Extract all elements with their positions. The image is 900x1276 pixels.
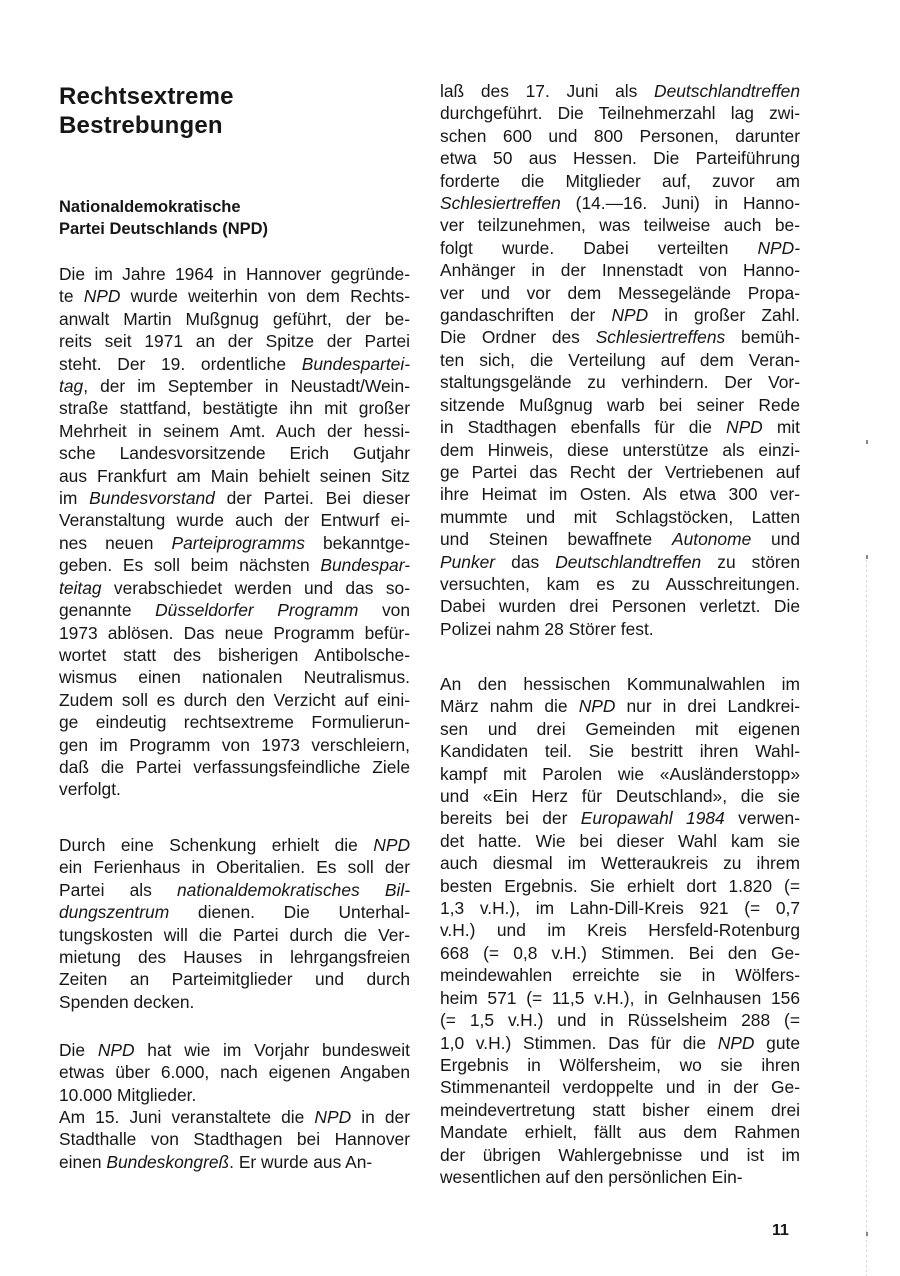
text-line: der übrigen Wahlergebnisse und ist im: [440, 1144, 800, 1166]
text-line: und Steinen bewaffnete Autonome und: [440, 528, 800, 550]
text-line: bereits bei der Europawahl 1984 verwen-: [440, 807, 800, 829]
emphasis: Deutschlandtreffen: [654, 81, 800, 101]
text-line: 668 (= 0,8 v.H.) Stimmen. Bei den Ge-: [440, 942, 800, 964]
paragraph-holiday-house: Durch eine Schenkung erhielt die NPDein …: [59, 834, 410, 1013]
emphasis: Bundespar-: [320, 555, 410, 575]
text-line: aus Frankfurt am Main behielt seinen Sit…: [59, 465, 410, 487]
text-line: Am 15. Juni veranstaltete die NPD in der: [59, 1106, 410, 1128]
text-line: nes neuen Parteiprogramms bekanntge-: [59, 532, 410, 554]
emphasis: NPD: [718, 1033, 755, 1053]
text-line: dem Hinweis, diese unterstütze als einzi…: [440, 439, 800, 461]
text-line: in Stadthagen ebenfalls für die NPD mit: [440, 416, 800, 438]
text-line: Veranstaltung wurde auch der Entwurf ei-: [59, 509, 410, 531]
emphasis: Bundespartei-: [302, 354, 410, 374]
text-line: besten Ergebnis. Sie erhielt dort 1.820 …: [440, 875, 800, 897]
text-line: staltungsgelände zu verhindern. Der Vor-: [440, 371, 800, 393]
text-line: teitag verabschiedet werden und das so-: [59, 577, 410, 599]
emphasis: NPD: [314, 1107, 351, 1127]
page-number: 11: [772, 1222, 789, 1240]
document-page: Rechtsextreme Bestrebungen Nationaldemok…: [0, 0, 900, 1276]
paragraph-federal-congress: Am 15. Juni veranstaltete die NPD in der…: [59, 1106, 410, 1173]
text-line: Partei als nationaldemokratisches Bil-: [59, 879, 410, 901]
text-line: im Bundesvorstand der Partei. Bei dieser: [59, 487, 410, 509]
emphasis: NPD: [84, 286, 121, 306]
text-line: mummte und mit Schlagstöcken, Latten: [440, 506, 800, 528]
text-line: ge eindeutig rechtsextreme Formulierun-: [59, 711, 410, 733]
emphasis: Bundesvorstand: [89, 488, 215, 508]
text-line: verfolgt.: [59, 778, 410, 800]
emphasis: Parteiprogramms: [172, 533, 305, 553]
emphasis: NPD-: [757, 238, 800, 258]
text-line: wismus einen nationalen Neutralismus.: [59, 666, 410, 688]
text-line: Anhänger in der Innenstadt von Hanno-: [440, 259, 800, 281]
text-line: meindewahlen erreichte sie in Wölfers-: [440, 964, 800, 986]
text-line: sitzende Mußgnug warb bei seiner Rede: [440, 394, 800, 416]
paragraph-membership: Die NPD hat wie im Vorjahr bundesweitetw…: [59, 1039, 410, 1106]
emphasis: tag: [59, 376, 83, 396]
emphasis: Autonome: [672, 529, 751, 549]
text-line: Durch eine Schenkung erhielt die NPD: [59, 834, 410, 856]
text-line: schen 600 und 800 Personen, darunter: [440, 125, 800, 147]
paragraph-party-leadership: Die im Jahre 1964 in Hannover gegründe-t…: [59, 263, 410, 801]
text-line: det hatte. Wie bei dieser Wahl kam sie: [440, 830, 800, 852]
text-line: mietung des Hauses in lehrgangsfreien: [59, 946, 410, 968]
subtitle-line: Partei Deutschlands (NPD): [59, 218, 268, 240]
text-line: folgt wurde. Dabei verteilten NPD-: [440, 237, 800, 259]
text-line: sche Landesvorsitzende Erich Gutjahr: [59, 442, 410, 464]
text-line: Spenden decken.: [59, 991, 410, 1013]
text-line: meindevertretung statt bisher einem drei: [440, 1099, 800, 1121]
paragraph-deutschlandtreffen: laß des 17. Juni als Deutschlandtreffend…: [440, 80, 800, 640]
text-line: Zudem soll es durch den Verzicht auf ein…: [59, 689, 410, 711]
text-line: Punker das Deutschlandtreffen zu stören: [440, 551, 800, 573]
text-line: Stadthalle von Stadthagen bei Hannover: [59, 1128, 410, 1150]
text-line: wortet statt des bisherigen Antibolsche-: [59, 644, 410, 666]
text-line: genannte Düsseldorfer Programm von: [59, 599, 410, 621]
subtitle-line: Nationaldemokratische: [59, 196, 268, 218]
text-line: ihre Heimat im Osten. Als etwa 300 ver-: [440, 483, 800, 505]
emphasis: Schlesiertreffen: [440, 193, 561, 213]
text-line: Schlesiertreffen (14.—16. Juni) in Hanno…: [440, 192, 800, 214]
text-line: heim 571 (= 11,5 v.H.), in Gelnhausen 15…: [440, 987, 800, 1009]
text-line: etwa 50 aus Hessen. Die Parteiführung: [440, 147, 800, 169]
text-line: ge Partei das Recht der Vertriebenen auf: [440, 461, 800, 483]
text-line: und «Ein Herz für Deutschland», die sie: [440, 785, 800, 807]
emphasis: NPD: [726, 417, 763, 437]
text-line: forderte die Mitglieder auf, zuvor am: [440, 170, 800, 192]
text-line: straße stattfand, bestätigte ihn mit gro…: [59, 397, 410, 419]
text-line: versuchten, kam es zu Ausschreitungen.: [440, 573, 800, 595]
text-line: (= 1,5 v.H.) und in Rüsselsheim 288 (=: [440, 1009, 800, 1031]
text-line: daß die Partei verfassungsfeindliche Zie…: [59, 756, 410, 778]
text-line: ver teilzunehmen, was teilweise auch be-: [440, 214, 800, 236]
text-line: einen Bundeskongreß. Er wurde aus An-: [59, 1151, 410, 1173]
text-line: ver und vor dem Messegelände Propa-: [440, 282, 800, 304]
text-line: wesentlichen auf den persönlichen Ein-: [440, 1166, 800, 1188]
text-line: laß des 17. Juni als Deutschlandtreffen: [440, 80, 800, 102]
emphasis: Schlesiertreffens: [596, 327, 726, 347]
section-subtitle: Nationaldemokratische Partei Deutschland…: [59, 196, 268, 240]
text-line: Mehrheit in seinem Amt. Auch der hessi-: [59, 420, 410, 442]
emphasis: nationaldemokratisches Bil-: [177, 880, 410, 900]
text-line: etwas über 6.000, nach eigenen Angaben: [59, 1061, 410, 1083]
title-line: Rechtsextreme: [59, 82, 234, 111]
text-line: Stimmenanteil verdoppelte und in der Ge-: [440, 1076, 800, 1098]
text-line: 1,0 v.H.) Stimmen. Das für die NPD gute: [440, 1032, 800, 1054]
text-line: 1973 ablösen. Das neue Programm befür-: [59, 622, 410, 644]
text-line: März nahm die NPD nur in drei Landkrei-: [440, 695, 800, 717]
scan-mark-artifact: [866, 440, 868, 444]
text-line: Die im Jahre 1964 in Hannover gegründe-: [59, 263, 410, 285]
text-line: sen und drei Gemeinden mit eigenen: [440, 718, 800, 740]
text-line: Ergebnis in Wölfersheim, wo sie ihren: [440, 1054, 800, 1076]
text-line: An den hessischen Kommunalwahlen im: [440, 673, 800, 695]
text-line: tag, der im September in Neustadt/Wein-: [59, 375, 410, 397]
emphasis: teitag: [59, 578, 102, 598]
paragraph-municipal-elections: An den hessischen Kommunalwahlen imMärz …: [440, 673, 800, 1188]
emphasis: Bundeskongreß: [106, 1152, 229, 1172]
text-line: gen im Programm von 1973 verschleiern,: [59, 734, 410, 756]
scan-mark-artifact: [866, 555, 868, 559]
text-line: Zeiten an Parteimitglieder und durch: [59, 968, 410, 990]
text-line: dungszentrum dienen. Die Unterhal-: [59, 901, 410, 923]
text-line: ein Ferienhaus in Oberitalien. Es soll d…: [59, 856, 410, 878]
text-line: gandaschriften der NPD in großer Zahl.: [440, 304, 800, 326]
emphasis: NPD: [98, 1040, 135, 1060]
text-line: Die NPD hat wie im Vorjahr bundesweit: [59, 1039, 410, 1061]
scan-mark-artifact: [866, 1232, 868, 1236]
text-line: Mandate erhielt, fällt aus dem Rahmen: [440, 1121, 800, 1143]
emphasis: Deutschlandtreffen: [555, 552, 701, 572]
text-line: Polizei nahm 28 Störer fest.: [440, 618, 800, 640]
text-line: 1,3 v.H.), im Lahn-Dill-Kreis 921 (= 0,7: [440, 897, 800, 919]
section-title: Rechtsextreme Bestrebungen: [59, 82, 234, 140]
emphasis: NPD: [579, 696, 616, 716]
emphasis: Punker: [440, 552, 495, 572]
text-line: v.H.) und im Kreis Hersfeld-Rotenburg: [440, 919, 800, 941]
text-line: Die Ordner des Schlesiertreffens bemüh-: [440, 326, 800, 348]
text-line: Kandidaten teil. Sie bestritt ihren Wahl…: [440, 740, 800, 762]
scan-edge-artifact: [866, 560, 867, 1276]
text-line: reits seit 1971 an der Spitze der Partei: [59, 330, 410, 352]
text-line: durchgeführt. Die Teilnehmerzahl lag zwi…: [440, 102, 800, 124]
text-line: te NPD wurde weiterhin von dem Rechts-: [59, 285, 410, 307]
text-line: auch diesmal im Wetteraukreis zu ihrem: [440, 852, 800, 874]
text-line: anwalt Martin Mußgnug geführt, der be-: [59, 308, 410, 330]
text-line: steht. Der 19. ordentliche Bundespartei-: [59, 353, 410, 375]
text-line: tungskosten will die Partei durch die Ve…: [59, 924, 410, 946]
text-line: 10.000 Mitglieder.: [59, 1084, 410, 1106]
emphasis: NPD: [373, 835, 410, 855]
title-line: Bestrebungen: [59, 111, 234, 140]
emphasis: dungszentrum: [59, 902, 169, 922]
text-line: Dabei wurden drei Personen verletzt. Die: [440, 595, 800, 617]
emphasis: Düsseldorfer Programm: [155, 600, 358, 620]
text-line: ten sich, die Verteilung auf dem Veran-: [440, 349, 800, 371]
text-line: kampf mit Parolen wie «Ausländerstopp»: [440, 763, 800, 785]
text-line: geben. Es soll beim nächsten Bundespar-: [59, 554, 410, 576]
emphasis: Europawahl 1984: [581, 808, 725, 828]
emphasis: NPD: [611, 305, 648, 325]
